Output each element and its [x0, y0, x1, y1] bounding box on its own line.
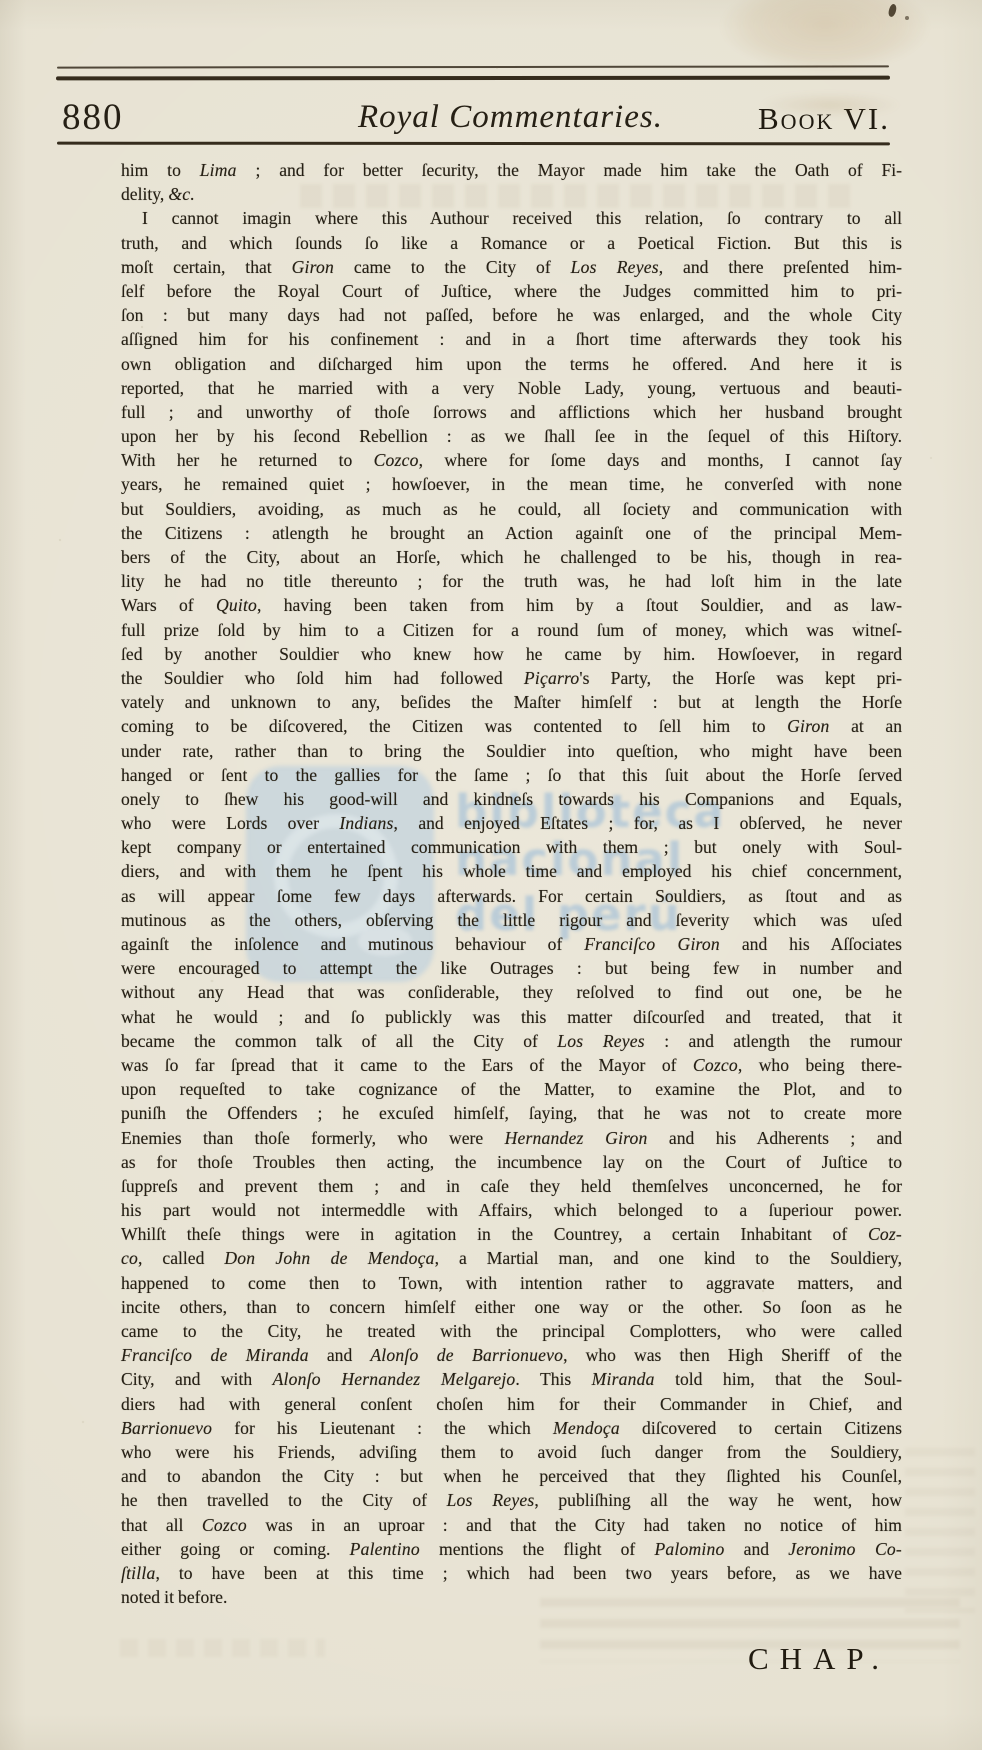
- text-line: he then travelled to the City of Los Rey…: [121, 1488, 902, 1512]
- text-line: as for thoſe Troubles then acting, the i…: [121, 1150, 902, 1174]
- page-number: 880: [62, 96, 124, 139]
- text-line: truth, and which ſounds ſo like a Romanc…: [121, 231, 902, 255]
- text-line: City, and with Alonſo Hernandez Melgarej…: [121, 1367, 902, 1391]
- text-line: coming to be diſcovered, the Citizen was…: [121, 714, 902, 738]
- ink-mark: [905, 16, 909, 20]
- text-line: againſt the inſolence and mutinous behav…: [121, 932, 902, 956]
- text-line: reported, that he married with a very No…: [121, 376, 902, 400]
- text-line: incite others, than to concern himſelf e…: [121, 1295, 902, 1319]
- text-line: upon her by his ſecond Rebellion : as we…: [121, 424, 902, 448]
- text-line: ſed by another Souldier who knew how he …: [121, 642, 902, 666]
- text-line: moſt certain, that Giron came to the Cit…: [121, 255, 902, 279]
- text-line: who were his Friends, adviſing them to a…: [121, 1440, 902, 1464]
- text-line: vately and unknown to any, beſides the M…: [121, 690, 902, 714]
- text-line: were encouraged to attempt the like Outr…: [121, 956, 902, 980]
- page-text: him to Lima ; and for better ſecurity, t…: [121, 158, 902, 1609]
- text-line: lity he had no title thereunto ; for the…: [121, 569, 902, 593]
- text-line: the Souldier who ſold him had followed P…: [121, 666, 902, 690]
- text-line: as will appear ſome few days afterwards.…: [121, 884, 902, 908]
- text-line: Franciſco de Miranda and Alonſo de Barri…: [121, 1343, 902, 1367]
- text-line: without any Head that was conſiderable, …: [121, 980, 902, 1004]
- text-line: hanged or ſent to the gallies for the ſa…: [121, 763, 902, 787]
- text-line: upon requeſted to take cognizance of the…: [121, 1077, 902, 1101]
- text-line: ſon : but many days had not paſſed, befo…: [121, 303, 902, 327]
- text-line: what he would ; and ſo publickly was thi…: [121, 1005, 902, 1029]
- paper-stain: [735, 88, 925, 122]
- text-line: aſſigned him for his confinement : and i…: [121, 327, 902, 351]
- text-line: ſuppreſs and prevent them ; and in caſe …: [121, 1174, 902, 1198]
- text-line: was ſo far ſpread that it came to the Ea…: [121, 1053, 902, 1077]
- running-title: Royal Commentaries.: [358, 99, 663, 136]
- text-line: I cannot imagin where this Authour recei…: [121, 206, 902, 230]
- text-line: Enemies than thoſe formerly, who were He…: [121, 1126, 902, 1150]
- page-showthrough: [120, 1639, 325, 1657]
- page-showthrough: [905, 1448, 975, 1613]
- text-line: delity, &c.: [121, 182, 902, 206]
- text-line: Wars of Quito, having been taken from hi…: [121, 593, 902, 617]
- text-line: under rate, rather than to bring the Sou…: [121, 739, 902, 763]
- text-line: co, called Don John de Mendoça, a Martia…: [121, 1246, 902, 1270]
- text-line: diers, and with them he ſpent his whole …: [121, 859, 902, 883]
- paper-stain: [690, 0, 960, 86]
- header-rule-bottom: [57, 142, 890, 146]
- catchword: CHAP.: [748, 1641, 890, 1677]
- text-line: bers of the City, about an Horſe, which …: [121, 545, 902, 569]
- text-line: full ; and unworthy of thoſe ſorrows and…: [121, 400, 902, 424]
- text-line: own obligation and diſcharged him upon t…: [121, 352, 902, 376]
- text-line: kept company or entertained communicatio…: [121, 835, 902, 859]
- text-line: either going or coming. Palentino mentio…: [121, 1537, 902, 1561]
- text-line: onely to ſhew his good-will and kindneſs…: [121, 787, 902, 811]
- text-line: became the common talk of all the City o…: [121, 1029, 902, 1053]
- text-line: puniſh the Offenders ; he excuſed himſel…: [121, 1101, 902, 1125]
- text-line: noted it before.: [121, 1585, 902, 1609]
- text-line: Whilſt theſe things were in agitation in…: [121, 1222, 902, 1246]
- text-line: ſtilla, to have been at this time ; whic…: [121, 1561, 902, 1585]
- text-line: his part would not intermeddle with Affa…: [121, 1198, 902, 1222]
- text-line: full prize ſold by him to a Citizen for …: [121, 618, 902, 642]
- text-line: came to the City, he treated with the pr…: [121, 1319, 902, 1343]
- text-line: diers had with general conſent choſen hi…: [121, 1392, 902, 1416]
- text-line: happened to come then to Town, with inte…: [121, 1271, 902, 1295]
- text-line: the Citizens : atlength he brought an Ac…: [121, 521, 902, 545]
- book-page-scan: biblioteca nacional del perú 880 Royal C…: [0, 0, 982, 1750]
- text-line: that all Cozco was in an uproar : and th…: [121, 1513, 902, 1537]
- text-line: ſelf before the Royal Court of Juſtice, …: [121, 279, 902, 303]
- text-line: and to abandon the City : but when he pe…: [121, 1464, 902, 1488]
- text-line: who were Lords over Indians, and enjoyed…: [121, 811, 902, 835]
- text-line: With her he returned to Cozco, where for…: [121, 448, 902, 472]
- text-line: years, he remained quiet ; howſoever, in…: [121, 472, 902, 496]
- text-line: him to Lima ; and for better ſecurity, t…: [121, 158, 902, 182]
- text-line: but Souldiers, avoiding, as much as he c…: [121, 497, 902, 521]
- text-line: Barrionuevo for his Lieutenant : the whi…: [121, 1416, 902, 1440]
- text-line: mutinous as the others, obſerving the li…: [121, 908, 902, 932]
